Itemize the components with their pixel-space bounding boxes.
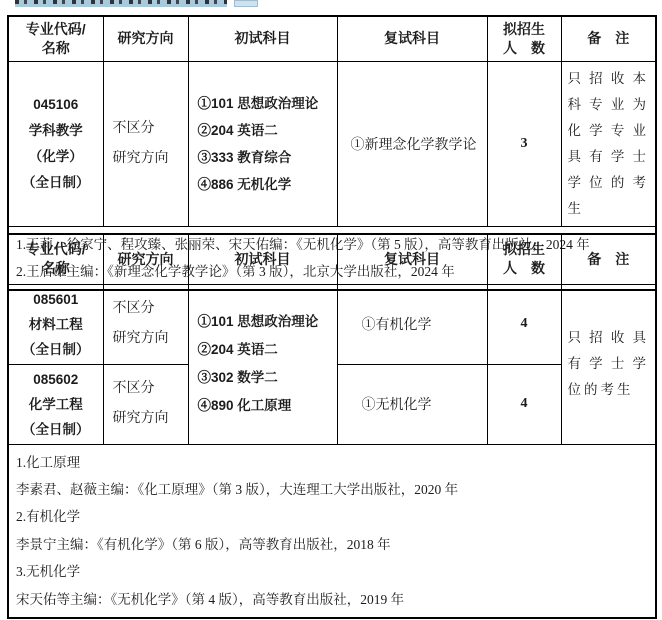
header-planned-enrollment: 拟招生 人 数	[487, 16, 561, 61]
remark-cell: 只招收本科专业为化学专业具有学士学位的考生	[561, 61, 656, 226]
header-research-direction: 研究方向	[103, 234, 188, 284]
header-initial-exam-subjects: 初试科目	[188, 16, 337, 61]
program-code-cell: 085601 材料工程 （全日制）	[8, 284, 103, 364]
enrollment-quota-cell: 3	[487, 61, 561, 226]
research-direction-cell: 不区分 研究方向	[103, 364, 188, 444]
header-planned-enrollment: 拟招生 人 数	[487, 234, 561, 284]
clipped-heading-tail-highlight	[234, 0, 258, 7]
remark-merged-cell: 只招收具有学士学位的考生	[561, 284, 656, 444]
research-direction-cell: 不区分 研究方向	[103, 284, 188, 364]
clipped-heading-strip	[15, 0, 258, 7]
reference-line: 1.化工原理	[16, 449, 655, 476]
initial-subjects-merged-cell: ①101 思想政治理论 ②204 英语二 ③302 数学二 ④890 化工原理	[188, 284, 337, 444]
header-retest-subjects: 复试科目	[337, 16, 487, 61]
table2-references-row: 1.化工原理 李素君、赵薇主编：《化工原理》（第 3 版），大连理工大学出版社，…	[8, 444, 656, 618]
reference-line: 3.无机化学	[16, 558, 655, 585]
retest-subject-cell: ①新理念化学教学论	[337, 61, 487, 226]
header-program-code: 专业代码/ 名称	[8, 16, 103, 61]
retest-subject-cell: ①有机化学	[337, 284, 487, 364]
enrollment-quota-cell: 4	[487, 364, 561, 444]
header-remarks: 备 注	[561, 16, 656, 61]
table2-header-row: 专业代码/ 名称 研究方向 初试科目 复试科目 拟招生 人 数 备 注	[8, 234, 656, 284]
reference-line: 2.有机化学	[16, 503, 655, 530]
program-code-cell: 085602 化学工程 （全日制）	[8, 364, 103, 444]
header-retest-subjects: 复试科目	[337, 234, 487, 284]
research-direction-cell: 不区分 研究方向	[103, 61, 188, 226]
table1-header-row: 专业代码/ 名称 研究方向 初试科目 复试科目 拟招生 人 数 备 注	[8, 16, 656, 61]
retest-subject-cell: ①无机化学	[337, 364, 487, 444]
header-initial-exam-subjects: 初试科目	[188, 234, 337, 284]
program-code-cell: 045106 学科教学 （化学） （全日制）	[8, 61, 103, 226]
reference-line: 李景宁主编：《有机化学》（第 6 版），高等教育出版社，2018 年	[16, 531, 655, 558]
table2-program-row-materials: 085601 材料工程 （全日制） 不区分 研究方向 ①101 思想政治理论 ②…	[8, 284, 656, 364]
header-remarks: 备 注	[561, 234, 656, 284]
admissions-table-engineering: 专业代码/ 名称 研究方向 初试科目 复试科目 拟招生 人 数 备 注 0856…	[7, 233, 657, 619]
table1-program-row: 045106 学科教学 （化学） （全日制） 不区分 研究方向 ①101 思想政…	[8, 61, 656, 226]
document-page: { "colors": { "highlight_strip": "#a9c9d…	[0, 0, 662, 620]
clipped-heading-highlight	[15, 0, 227, 7]
clipped-heading-gap	[227, 0, 234, 7]
header-research-direction: 研究方向	[103, 16, 188, 61]
initial-subjects-cell: ①101 思想政治理论 ②204 英语二 ③333 教育综合 ④886 无机化学	[188, 61, 337, 226]
header-program-code: 专业代码/ 名称	[8, 234, 103, 284]
enrollment-quota-cell: 4	[487, 284, 561, 364]
reference-line: 李素君、赵薇主编：《化工原理》（第 3 版），大连理工大学出版社，2020 年	[16, 476, 655, 503]
reference-line: 宋天佑等主编：《无机化学》（第 4 版），高等教育出版社，2019 年	[16, 586, 655, 613]
reference-books-cell: 1.化工原理 李素君、赵薇主编：《化工原理》（第 3 版），大连理工大学出版社，…	[8, 444, 656, 618]
